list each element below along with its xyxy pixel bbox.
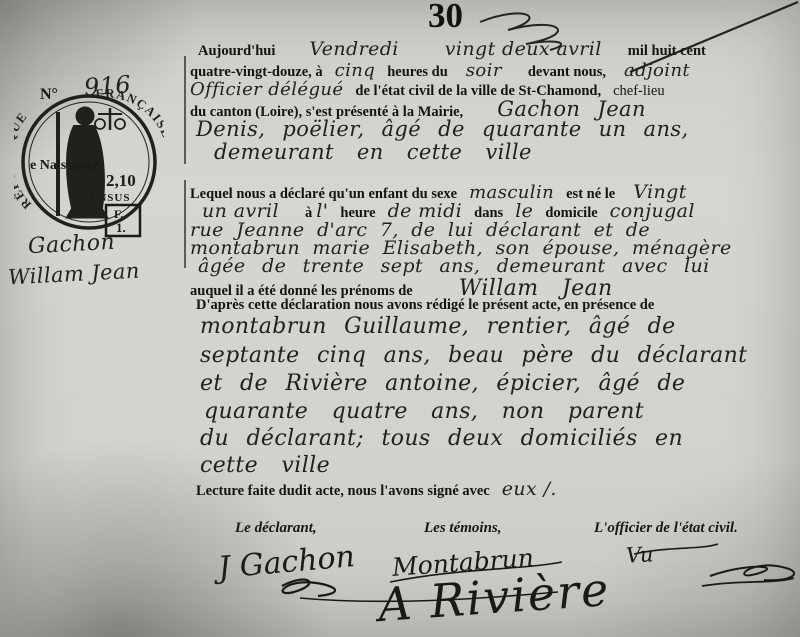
stamp-value-number: 1.: [116, 220, 126, 235]
declarant-label: Le déclarant,: [235, 520, 317, 537]
handwritten-text: quarante quatre ans, non parent: [204, 399, 644, 424]
act-line-18: du déclarant; tous deux domiciliés en: [200, 426, 683, 451]
handwritten-text: âgée de trente sept ans, demeurant avec …: [198, 255, 710, 277]
handwritten-text: eux /.: [502, 478, 557, 500]
margin-rule-top: [184, 56, 186, 164]
act-line-15: septante cinq ans, beau père du déclaran…: [200, 343, 747, 368]
act-line-13: D'après cette déclaration nous avons réd…: [196, 297, 654, 314]
officier-label: L'officier de l'état civil.: [594, 520, 738, 537]
margin-rule-middle: [184, 180, 186, 268]
handwritten-text: demeurant en cette ville: [214, 140, 532, 164]
act-line-1: Aujourd'hui Vendredi vingt deux avril mi…: [198, 38, 706, 60]
printed-text: heures du: [387, 64, 448, 80]
handwritten-text: et de Rivière antoine, épicier, âgé de: [200, 371, 685, 396]
handwritten-text: septante cinq ans, beau père du déclaran…: [200, 343, 747, 368]
act-line-5: Denis, poëlier, âgé de quarante un ans,: [196, 117, 689, 141]
printed-text: quatre-vingt-douze, à: [190, 64, 323, 80]
margin-name-line1: Gachon: [27, 230, 115, 260]
act-line-14: montabrun Guillaume, rentier, âgé de: [200, 314, 676, 339]
temoins-label: Les témoins,: [424, 520, 502, 537]
signature-flourishes: [190, 540, 800, 637]
act-line-2: quatre-vingt-douze, à cinq heures du soi…: [190, 60, 690, 81]
handwritten-text: vingt deux avril: [445, 38, 602, 60]
act-line-16: et de Rivière antoine, épicier, âgé de: [200, 371, 685, 396]
act-line-6: demeurant en cette ville: [214, 140, 532, 164]
printed-text: Lecture faite dudit acte, nous l'avons s…: [196, 483, 490, 499]
act-line-20: Lecture faite dudit acte, nous l'avons s…: [196, 478, 557, 500]
handwritten-text: cinq: [335, 60, 376, 81]
handwritten-text: cette ville: [200, 453, 330, 478]
handwritten-text: Denis, poëlier, âgé de quarante un ans,: [196, 117, 689, 141]
act-line-19: cette ville: [200, 453, 330, 478]
margin-name-line2: Willam Jean: [7, 259, 140, 290]
handwritten-text: du déclarant; tous deux domiciliés en: [200, 426, 683, 451]
handwritten-text: adjoint: [624, 60, 690, 81]
handwritten-text: Vendredi: [309, 38, 398, 60]
printed-text: D'après cette déclaration nous avons réd…: [196, 297, 654, 313]
handwritten-text: soir: [466, 60, 502, 81]
document-page: 30 N° 916 RÉPUBLIQUE FRANÇAISE: [0, 0, 800, 637]
printed-text: devant nous,: [528, 64, 606, 80]
stamp-value-f: F.: [114, 207, 123, 221]
revenue-stamp-icon: RÉPUBLIQUE FRANÇAISE e Naissance 2,10 EN…: [14, 86, 164, 240]
act-line-17: quarante quatre ans, non parent: [204, 399, 644, 424]
printed-text: Aujourd'hui: [198, 43, 275, 59]
stamp-overlay-line1: e Naissance: [30, 158, 99, 173]
stamp-overlay-line2: 2,10: [106, 171, 136, 190]
printed-text: mil huit cent: [628, 43, 706, 59]
handwritten-text: montabrun Guillaume, rentier, âgé de: [200, 314, 676, 339]
stamp-overlay-line3: ENSUS: [90, 192, 130, 204]
act-line-11: âgée de trente sept ans, demeurant avec …: [198, 255, 710, 277]
